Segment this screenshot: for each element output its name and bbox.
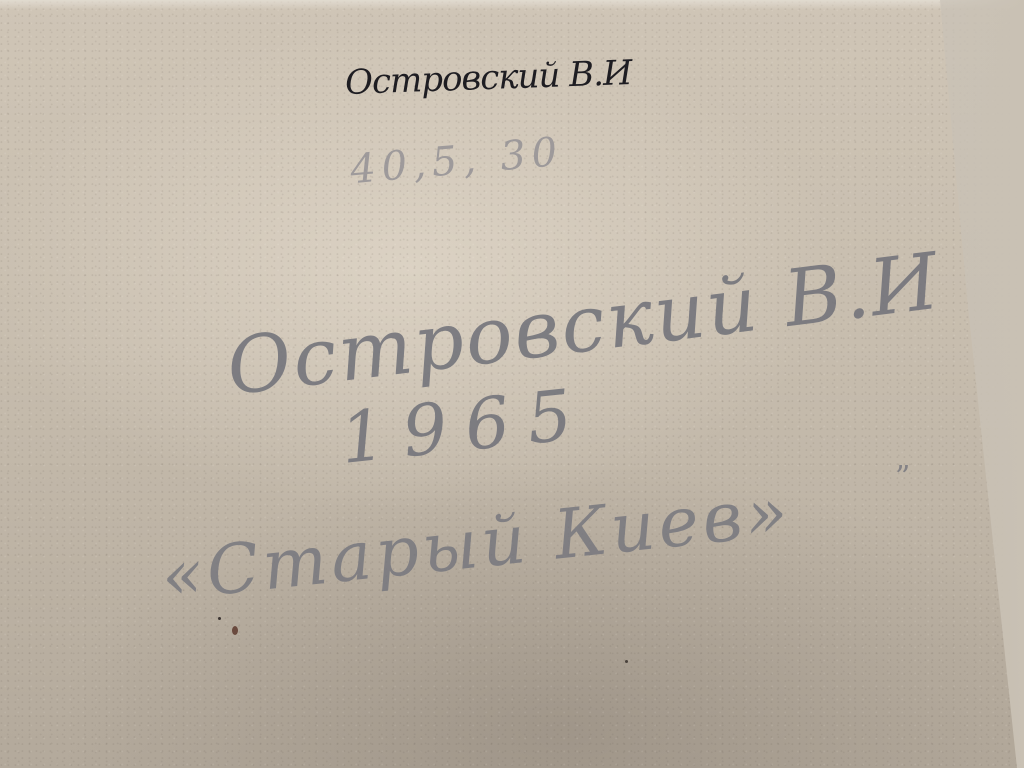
paper-photo: Островский В.И 40,5, 30 Островский В.И 1…	[0, 0, 1024, 768]
paper-speck	[218, 617, 221, 620]
paper-stain	[232, 626, 238, 635]
paper-top-edge	[0, 0, 1024, 10]
paper-speck	[625, 660, 628, 663]
closing-quote-mark: ”	[895, 460, 910, 495]
